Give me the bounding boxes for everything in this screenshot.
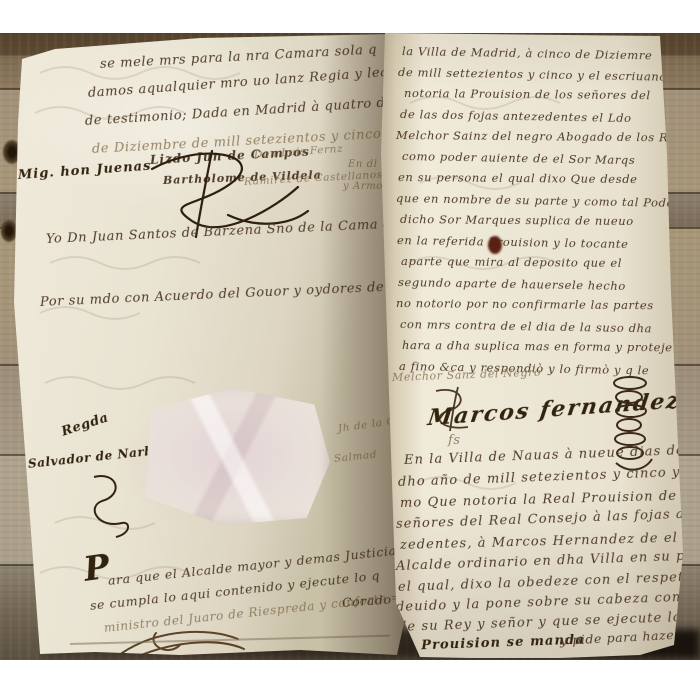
manuscript-line: aparte que mira al deposito que el: [401, 254, 622, 270]
wood-knot: [0, 219, 18, 243]
manuscript-line: hara a dha suplica mas en forma y protej…: [402, 338, 673, 354]
manuscript-line: notoria la Prouision de los señores del: [404, 86, 651, 102]
manuscript-line: en su persona el qual dixo Que desde: [398, 170, 638, 186]
rubric-flourish: [602, 371, 658, 479]
manuscript-line: Melchor Sainz del negro Abogado de los R…: [396, 128, 687, 145]
manuscript-line: no notorio por no confirmarle las partes: [396, 296, 654, 312]
manuscript-line: la Villa de Madrid, à cinco de Diziemre: [402, 44, 653, 62]
fs-mark: fs: [448, 433, 461, 448]
rubric-flourish: [86, 471, 141, 541]
photo-area: se mele mrs para la nra Camara sola q da…: [0, 33, 700, 660]
photo-of-manuscript: se mele mrs para la nra Camara sola q da…: [0, 0, 700, 700]
ink-blot: [488, 236, 502, 254]
manuscript-line: dicho Sor Marques suplica de nueuo: [400, 212, 634, 228]
